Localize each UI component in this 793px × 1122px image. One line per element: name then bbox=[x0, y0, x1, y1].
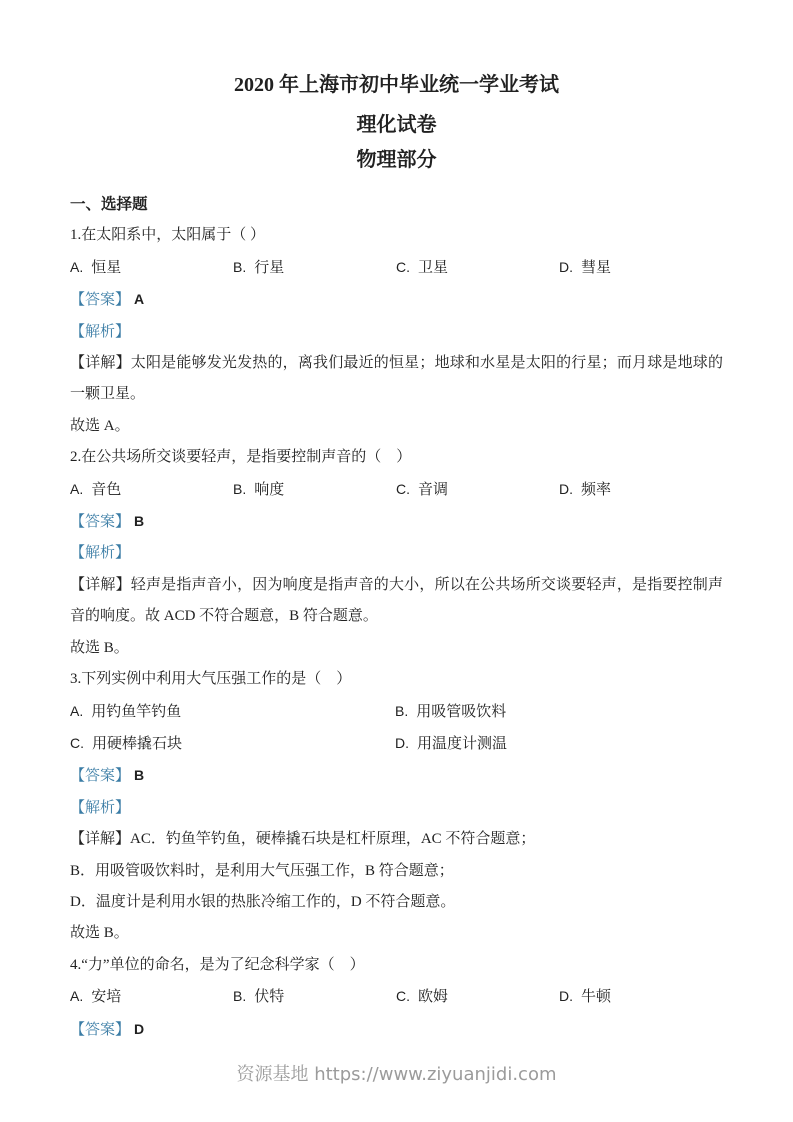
option-text: 行星 bbox=[254, 260, 284, 276]
options-row: A.音色 B.响度 C.音调 D.频率 bbox=[70, 474, 723, 506]
option-text: 响度 bbox=[254, 482, 284, 498]
option-c: C.卫星 bbox=[396, 252, 559, 284]
exam-document-page: 2020 年上海市初中毕业统一学业考试 理化试卷 物理部分 一、选择题 1.在太… bbox=[0, 0, 793, 1122]
question-4: 4.“力”单位的命名，是为了纪念科学家（ ） A.安培 B.伏特 C.欧姆 D.… bbox=[70, 950, 723, 1046]
option-c: C.欧姆 bbox=[396, 981, 559, 1013]
option-b: B.行星 bbox=[233, 252, 396, 284]
analysis-label: 【解析】 bbox=[70, 538, 723, 569]
option-letter: B. bbox=[233, 481, 246, 497]
options-row: A.恒星 B.行星 C.卫星 D.彗星 bbox=[70, 252, 723, 284]
answer-line: 【答案】D bbox=[70, 1014, 723, 1046]
answer-label: 【答案】 bbox=[70, 514, 130, 530]
option-text: 恒星 bbox=[91, 260, 121, 276]
paper-subtitle: 理化试卷 bbox=[0, 112, 793, 138]
option-d: D.频率 bbox=[559, 474, 723, 506]
options-grid: A.用钓鱼竿钓鱼 B.用吸管吸饮料 C.用硬棒撬石块 D.用温度计测温 bbox=[70, 696, 723, 761]
option-b: B.用吸管吸饮料 bbox=[395, 696, 723, 728]
option-text: 频率 bbox=[581, 482, 611, 498]
question-3: 3.下列实例中利用大气压强工作的是（ ） A.用钓鱼竿钓鱼 B.用吸管吸饮料 C… bbox=[70, 664, 723, 950]
conclusion-line: 故选 B。 bbox=[70, 918, 723, 949]
option-letter: B. bbox=[395, 703, 408, 719]
conclusion-line: 故选 B。 bbox=[70, 633, 723, 664]
option-letter: C. bbox=[396, 988, 410, 1004]
option-d: D.牛顿 bbox=[559, 981, 723, 1013]
answer-line: 【答案】B bbox=[70, 760, 723, 792]
option-text: 用温度计测温 bbox=[417, 736, 507, 752]
answer-label: 【答案】 bbox=[70, 1022, 130, 1038]
option-letter: A. bbox=[70, 259, 83, 275]
answer-value: B bbox=[134, 767, 144, 783]
option-text: 用钓鱼竿钓鱼 bbox=[91, 704, 181, 720]
option-text: 伏特 bbox=[254, 989, 284, 1005]
option-d: D.彗星 bbox=[559, 252, 723, 284]
option-text: 牛顿 bbox=[581, 989, 611, 1005]
option-letter: A. bbox=[70, 988, 83, 1004]
exam-title: 2020 年上海市初中毕业统一学业考试 bbox=[0, 72, 793, 98]
option-letter: B. bbox=[233, 988, 246, 1004]
detail-paragraph: 【详解】轻声是指声音小，因为响度是指声音的大小，所以在公共场所交谈要轻声，是指要… bbox=[70, 570, 723, 633]
option-text: 欧姆 bbox=[418, 989, 448, 1005]
option-letter: B. bbox=[233, 259, 246, 275]
question-stem: 1.在太阳系中，太阳属于（ ） bbox=[70, 220, 723, 251]
detail-paragraph: 【详解】太阳是能够发光发热的，离我们最近的恒星；地球和水星是太阳的行星；而月球是… bbox=[70, 348, 723, 411]
option-b: B.伏特 bbox=[233, 981, 396, 1013]
option-a: A.音色 bbox=[70, 474, 233, 506]
option-text: 安培 bbox=[91, 989, 121, 1005]
option-text: 音色 bbox=[91, 482, 121, 498]
option-letter: D. bbox=[559, 481, 573, 497]
answer-line: 【答案】B bbox=[70, 506, 723, 538]
question-1: 1.在太阳系中，太阳属于（ ） A.恒星 B.行星 C.卫星 D.彗星 【答案】… bbox=[70, 220, 723, 442]
answer-value: A bbox=[134, 291, 144, 307]
answer-label: 【答案】 bbox=[70, 292, 130, 308]
option-letter: C. bbox=[396, 481, 410, 497]
conclusion-line: 故选 A。 bbox=[70, 411, 723, 442]
analysis-label: 【解析】 bbox=[70, 793, 723, 824]
option-d: D.用温度计测温 bbox=[395, 728, 723, 760]
option-text: 音调 bbox=[418, 482, 448, 498]
section-subtitle: 物理部分 bbox=[0, 147, 793, 173]
option-c: C.用硬棒撬石块 bbox=[70, 728, 395, 760]
detail-paragraph: 【详解】AC．钓鱼竿钓鱼，硬棒撬石块是杠杆原理，AC 不符合题意； bbox=[70, 824, 723, 855]
question-stem: 3.下列实例中利用大气压强工作的是（ ） bbox=[70, 664, 723, 695]
option-a: A.恒星 bbox=[70, 252, 233, 284]
answer-label: 【答案】 bbox=[70, 768, 130, 784]
answer-value: D bbox=[134, 1021, 144, 1037]
option-letter: C. bbox=[396, 259, 410, 275]
question-2: 2.在公共场所交谈要轻声，是指要控制声音的（ ） A.音色 B.响度 C.音调 … bbox=[70, 442, 723, 664]
question-stem: 2.在公共场所交谈要轻声，是指要控制声音的（ ） bbox=[70, 442, 723, 473]
option-text: 卫星 bbox=[418, 260, 448, 276]
option-text: 用硬棒撬石块 bbox=[92, 736, 182, 752]
option-letter: C. bbox=[70, 735, 84, 751]
option-a: A.用钓鱼竿钓鱼 bbox=[70, 696, 395, 728]
answer-value: B bbox=[134, 513, 144, 529]
document-header: 2020 年上海市初中毕业统一学业考试 理化试卷 物理部分 bbox=[0, 0, 793, 173]
option-letter: D. bbox=[559, 259, 573, 275]
detail-paragraph: D．温度计是利用水银的热胀冷缩工作的，D 不符合题意。 bbox=[70, 887, 723, 918]
option-text: 用吸管吸饮料 bbox=[416, 704, 506, 720]
section-heading: 一、选择题 bbox=[70, 189, 723, 220]
option-text: 彗星 bbox=[581, 260, 611, 276]
option-b: B.响度 bbox=[233, 474, 396, 506]
exam-body: 一、选择题 1.在太阳系中，太阳属于（ ） A.恒星 B.行星 C.卫星 D.彗… bbox=[70, 189, 723, 1046]
option-letter: A. bbox=[70, 703, 83, 719]
option-letter: A. bbox=[70, 481, 83, 497]
option-letter: D. bbox=[395, 735, 409, 751]
option-a: A.安培 bbox=[70, 981, 233, 1013]
analysis-label: 【解析】 bbox=[70, 317, 723, 348]
question-stem: 4.“力”单位的命名，是为了纪念科学家（ ） bbox=[70, 950, 723, 981]
answer-line: 【答案】A bbox=[70, 284, 723, 316]
options-row: A.安培 B.伏特 C.欧姆 D.牛顿 bbox=[70, 981, 723, 1013]
option-letter: D. bbox=[559, 988, 573, 1004]
option-c: C.音调 bbox=[396, 474, 559, 506]
detail-paragraph: B．用吸管吸饮料时，是利用大气压强工作，B 符合题意； bbox=[70, 856, 723, 887]
watermark-footer: 资源基地 https://www.ziyuanjidi.com bbox=[0, 1063, 793, 1087]
